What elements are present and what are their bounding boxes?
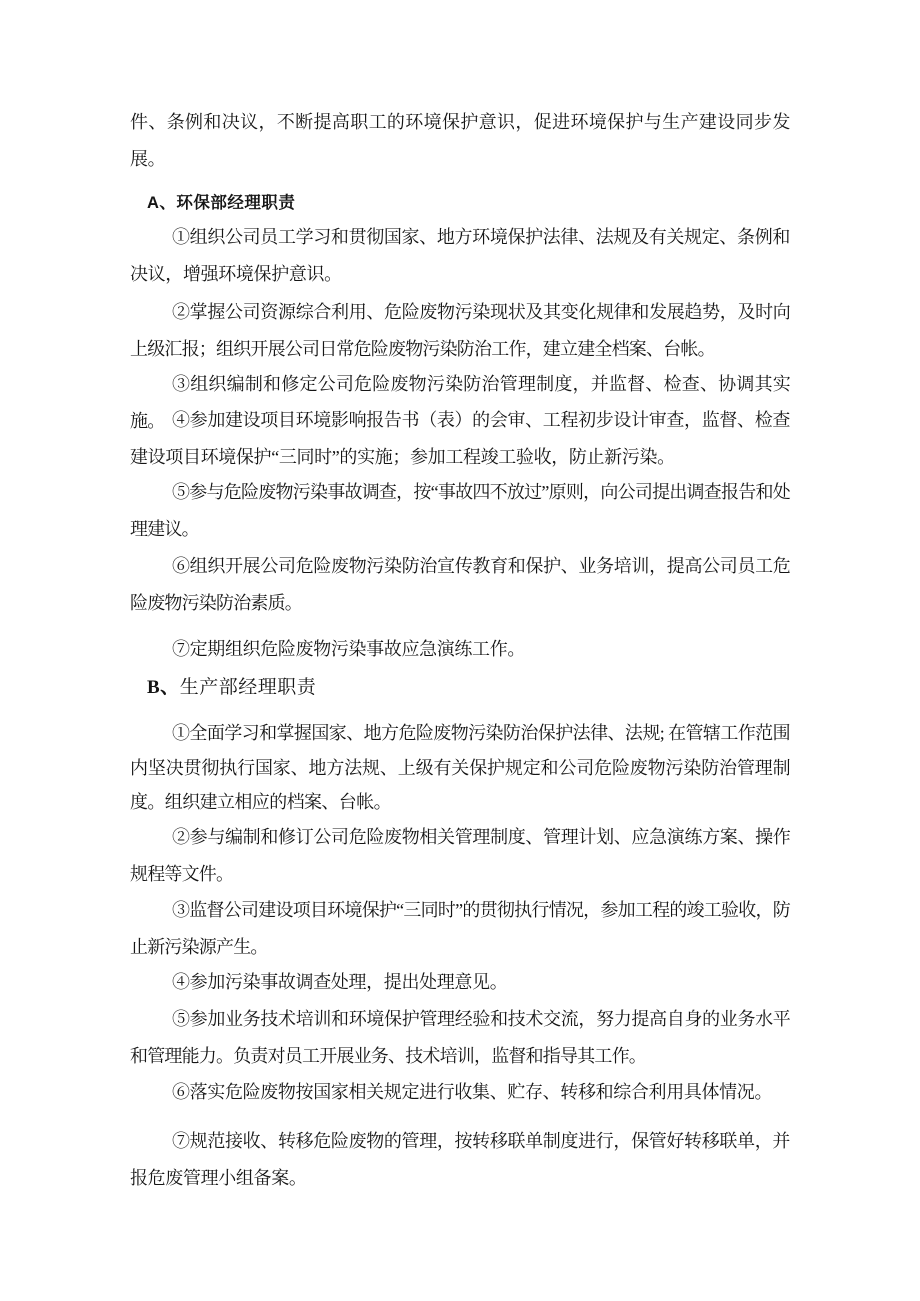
section-b-item-1: ①全面学习和掌握国家、地方危险废物污染防治保护法律、法规; 在管辖工作范围内坚决… (130, 716, 790, 820)
section-b-item-5: ⑤参加业务技术培训和环境保护管理经验和技术交流，努力提高自身的业务水平和管理能力… (130, 1001, 790, 1074)
section-a-item-5: ⑤参与危险废物污染事故调查，按“事故四不放过”原则，向公司提出调查报告和处理建议… (130, 474, 790, 547)
section-b-item-7: ⑦规范接收、转移危险废物的管理，按转移联单制度进行，保管好转移联单，并报危废管理… (130, 1123, 790, 1196)
section-a-label: A、 (147, 194, 176, 212)
section-b-item-4: ④参加污染事故调查处理，提出处理意见。 (130, 964, 790, 1001)
section-a-heading: A、环保部经理职责 (147, 185, 295, 222)
section-b-label: B、 (147, 677, 180, 698)
section-a-item-4: ④参加建设项目环境影响报告书（表）的会审、工程初步设计审查，监督、检查建设项目环… (130, 402, 790, 475)
section-a-item-2: ②掌握公司资源综合利用、危险废物污染现状及其变化规律和发展趋势，及时向上级汇报；… (130, 294, 790, 367)
section-b-item-6: ⑥落实危险废物按国家相关规定进行收集、贮存、转移和综合利用具体情况。 (130, 1074, 790, 1111)
intro-paragraph: 件、条例和决议，不断提高职工的环境保护意识，促进环境保护与生产建设同步发展。 (130, 104, 790, 177)
section-a-item-1: ①组织公司员工学习和贯彻国家、地方环境保护法律、法规及有关规定、条例和决议，增强… (130, 219, 790, 292)
section-a-title: 环保部经理职责 (176, 194, 295, 212)
section-b-item-3: ③监督公司建设项目环境保护“三同时”的贯彻执行情况，参加工程的竣工验收，防止新污… (130, 892, 790, 965)
section-b-heading: B、生产部经理职责 (147, 670, 316, 707)
section-a-item-7: ⑦定期组织危险废物污染事故应急演练工作。 (130, 631, 790, 668)
section-a-item-6: ⑥组织开展公司危险废物污染防治宣传教育和保护、业务培训，提高公司员工危险废物污染… (130, 548, 790, 621)
document-page: 件、条例和决议，不断提高职工的环境保护意识，促进环境保护与生产建设同步发展。 A… (0, 0, 920, 1301)
section-b-title: 生产部经理职责 (180, 677, 317, 698)
section-b-item-2: ②参与编制和修订公司危险废物相关管理制度、管理计划、应急演练方案、操作规程等文件… (130, 819, 790, 892)
